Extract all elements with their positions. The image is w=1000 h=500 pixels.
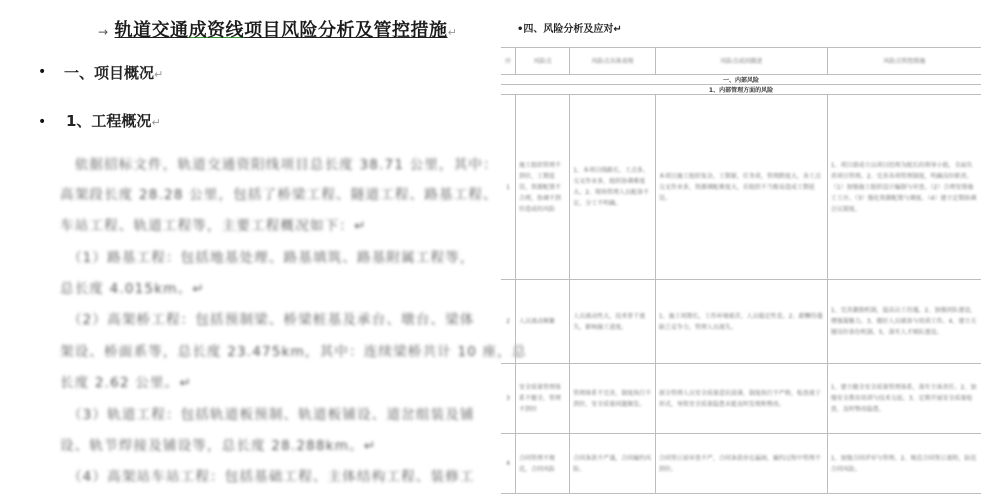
body-text-line: 依据招标文件，轨道交通资阳线项目总长度 38.71 公里，其中：: [60, 153, 498, 173]
body-text-line: 长度 2.62 公里。↵: [60, 371, 192, 391]
body-text-line: （2）高架桥工程：包括预制梁、桥梁桩基及承台、墩台、梁体: [60, 308, 475, 328]
body-text-line: 架设、桥面系等，总长度 23.475km，其中：连续梁桥共计 10 座，总: [60, 340, 527, 360]
table-row: 1 施工组织管理不到位，工期延误，资源配置不合理，协调不到位造成的风险 1、本项…: [501, 95, 981, 280]
body-text-line: （4）高架站车站工程：包括基础工程、主体结构工程、装修工: [60, 465, 475, 485]
arrow-icon: →: [98, 25, 109, 39]
table-row: 3 安全质量管理体系不健全，管理不到位 管理体系不完善，制度执行不到位，安全质量…: [501, 364, 981, 434]
document-title: →轨道交通成资线项目风险分析及管控措施↵: [98, 16, 457, 42]
body-text-line: 总长度 4.015km。↵: [60, 277, 205, 297]
left-document-page: →轨道交通成资线项目风险分析及管控措施↵ • 一、项目概况↵ • 1、工程概况↵…: [0, 0, 480, 500]
risk-table: 序 风险点 风险点具体表现 风险点成因描述 风险点管控措施 一、内部风险 1、内…: [501, 47, 981, 494]
body-text-line: （1）路基工程：包括地基处理、路基填筑、路基附属工程等，: [60, 246, 475, 266]
table-row: 4 合同管理不规范，合同风险 合同条款不严谨，合同履约风险。 合同签订前审查不严…: [501, 434, 981, 494]
body-text-line: 设、轨节焊接及铺设等，总长度 28.288km。↵: [60, 434, 376, 454]
section-internal-management-risk: 1、内部管理方面的风险: [501, 85, 981, 95]
body-text-line: 高架段长度 28.28 公里，包括了桥梁工程、隧道工程、路基工程、: [60, 183, 498, 203]
body-text-line: 车站工程、轨道工程等，主要工程概况如下：↵: [60, 214, 367, 234]
table-row: 2 人员流动频繁 人员流动性大，技术骨干流失，影响施工进度。 1、施工周期长，工…: [501, 280, 981, 364]
heading-project-overview: 一、项目概况↵: [64, 62, 163, 83]
column-header: 风险点成因描述: [720, 58, 762, 65]
bullet-icon: •: [38, 114, 46, 130]
heading-engineering-overview: 1、工程概况↵: [66, 110, 161, 131]
bullet-icon: •: [38, 64, 46, 80]
column-header: 风险点具体表现: [592, 58, 634, 65]
section-row: 1、内部管理方面的风险: [501, 85, 981, 95]
section-internal-risk: 一、内部风险: [501, 75, 981, 85]
table-header-row: 序 风险点 风险点具体表现 风险点成因描述 风险点管控措施: [501, 48, 981, 75]
column-header: 风险点: [534, 58, 552, 65]
right-document-page: •四、风险分析及应对↵ 序 风险点 风险点具体表现 风险点成因描述 风险点管控措…: [495, 0, 1000, 500]
body-text-line: （3）轨道工程：包括轨道板预制、轨道板铺设、道岔组装及铺: [60, 403, 475, 423]
paragraph-mark-icon: ↵: [448, 26, 458, 39]
section-row: 一、内部风险: [501, 75, 981, 85]
section-title-risk-analysis: •四、风险分析及应对↵: [517, 20, 622, 35]
column-header: 序: [505, 58, 511, 65]
column-header: 风险点管控措施: [883, 58, 925, 65]
